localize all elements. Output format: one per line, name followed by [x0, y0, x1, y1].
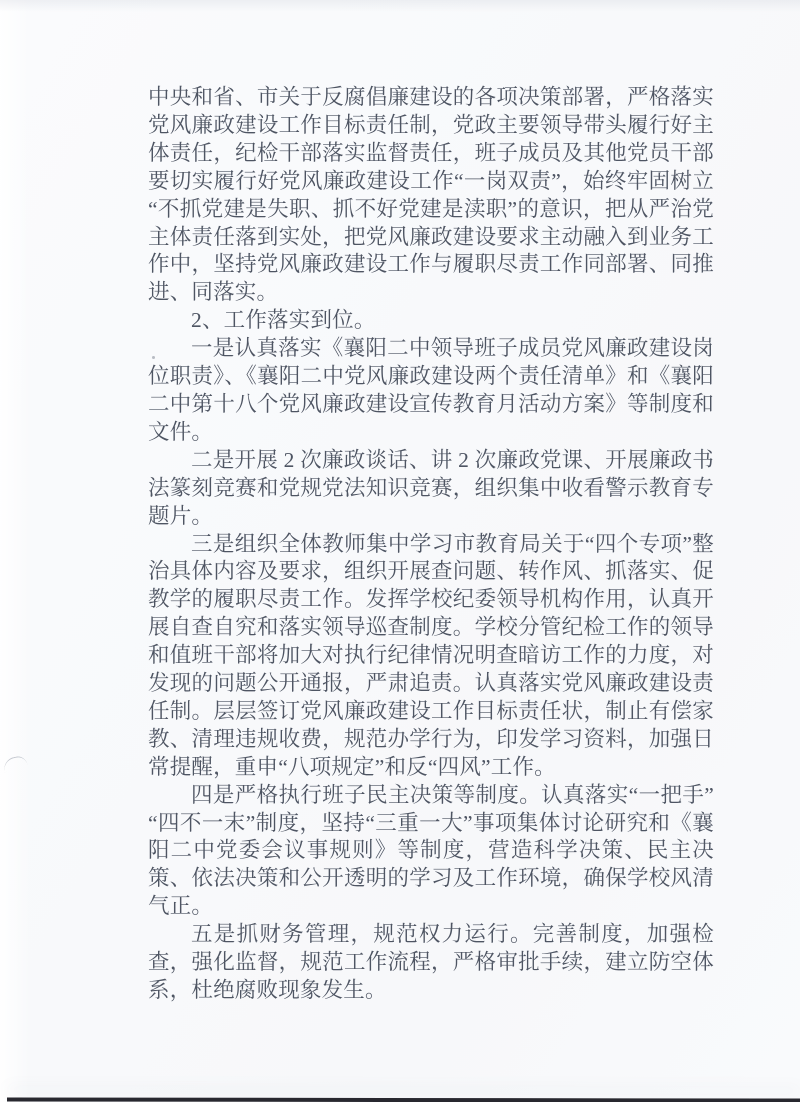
paragraph: 二是开展 2 次廉政谈话、讲 2 次廉政党课、开展廉政书法篆刻竞赛和党规党法知识…	[148, 447, 714, 531]
paragraph: 2、工作落实到位。	[148, 307, 714, 335]
paragraph: 五是抓财务管理，规范权力运行。完善制度，加强检查，强化监督，规范工作流程，严格审…	[148, 921, 714, 1005]
paragraph: 一是认真落实《襄阳二中领导班子成员党风廉政建设岗位职责》、《襄阳二中党风廉政建设…	[148, 335, 714, 447]
document-body: 中央和省、市关于反腐倡廉建设的各项决策部署，严格落实党风廉政建设工作目标责任制，…	[148, 84, 714, 1005]
scanner-background	[0, 1102, 800, 1109]
paper-top-edge-shade	[0, 0, 800, 12]
paper-left-edge-highlight	[0, 0, 30, 1109]
paragraph: 中央和省、市关于反腐倡廉建设的各项决策部署，严格落实党风廉政建设工作目标责任制，…	[148, 84, 714, 307]
scanned-page: 中央和省、市关于反腐倡廉建设的各项决策部署，严格落实党风廉政建设工作目标责任制，…	[0, 0, 800, 1109]
paragraph: 三是组织全体教师集中学习市教育局关于“四个专项”整治具体内容及要求，组织开展查问…	[148, 531, 714, 782]
paragraph: 四是严格执行班子民主决策等制度。认真落实“一把手”“四不一末”制度，坚持“三重一…	[148, 782, 714, 922]
